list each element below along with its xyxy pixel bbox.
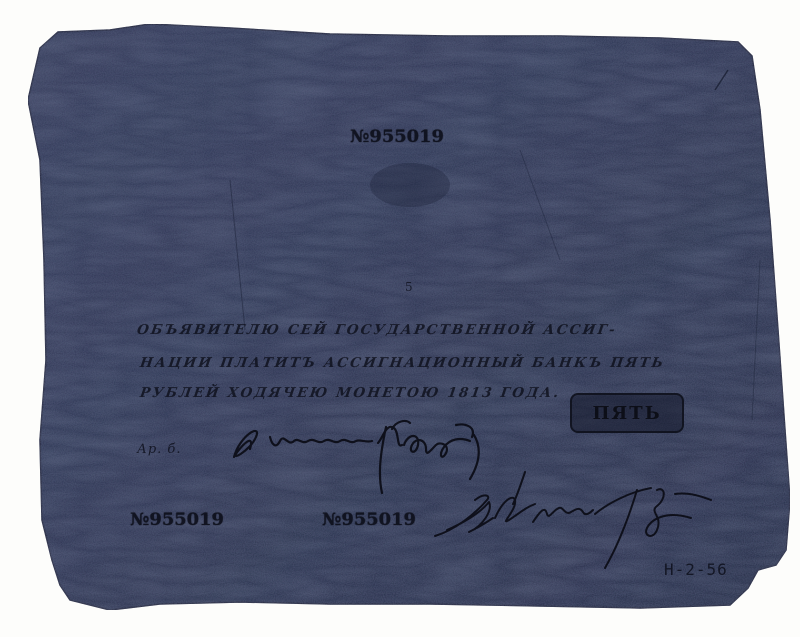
denomination-numeral: 5	[405, 280, 414, 294]
cartouche-text: ПЯТЬ	[592, 403, 661, 424]
serial-number-top: №955019	[350, 127, 444, 147]
serial-number-bottom-left: №955019	[130, 510, 224, 530]
banknote: №955019 5 ОБЪЯВИТЕЛЮ СЕЙ ГОСУДАРСТВЕННОЙ…	[0, 0, 800, 637]
text-line-3: РУБЛЕЙ ХОДЯЧЕЮ МОНЕТОЮ 1813 ГОДА.	[139, 385, 562, 401]
denomination-cartouche: ПЯТЬ	[570, 393, 684, 433]
text-line-1: ОБЪЯВИТЕЛЮ СЕЙ ГОСУДАРСТВЕННОЙ АССИГ-	[136, 322, 618, 338]
catalog-mark: Н-2-56	[664, 560, 728, 579]
serial-number-bottom-middle: №955019	[322, 510, 416, 530]
image-canvas: №955019 5 ОБЪЯВИТЕЛЮ СЕЙ ГОСУДАРСТВЕННОЙ…	[0, 0, 800, 637]
text-line-2: НАЦИИ ПЛАТИТЪ АССИГНАЦИОННЫЙ БАНКЪ ПЯТЬ	[139, 355, 666, 371]
signature-label: Ар. б.	[137, 442, 182, 457]
banknote-paper	[0, 0, 800, 637]
